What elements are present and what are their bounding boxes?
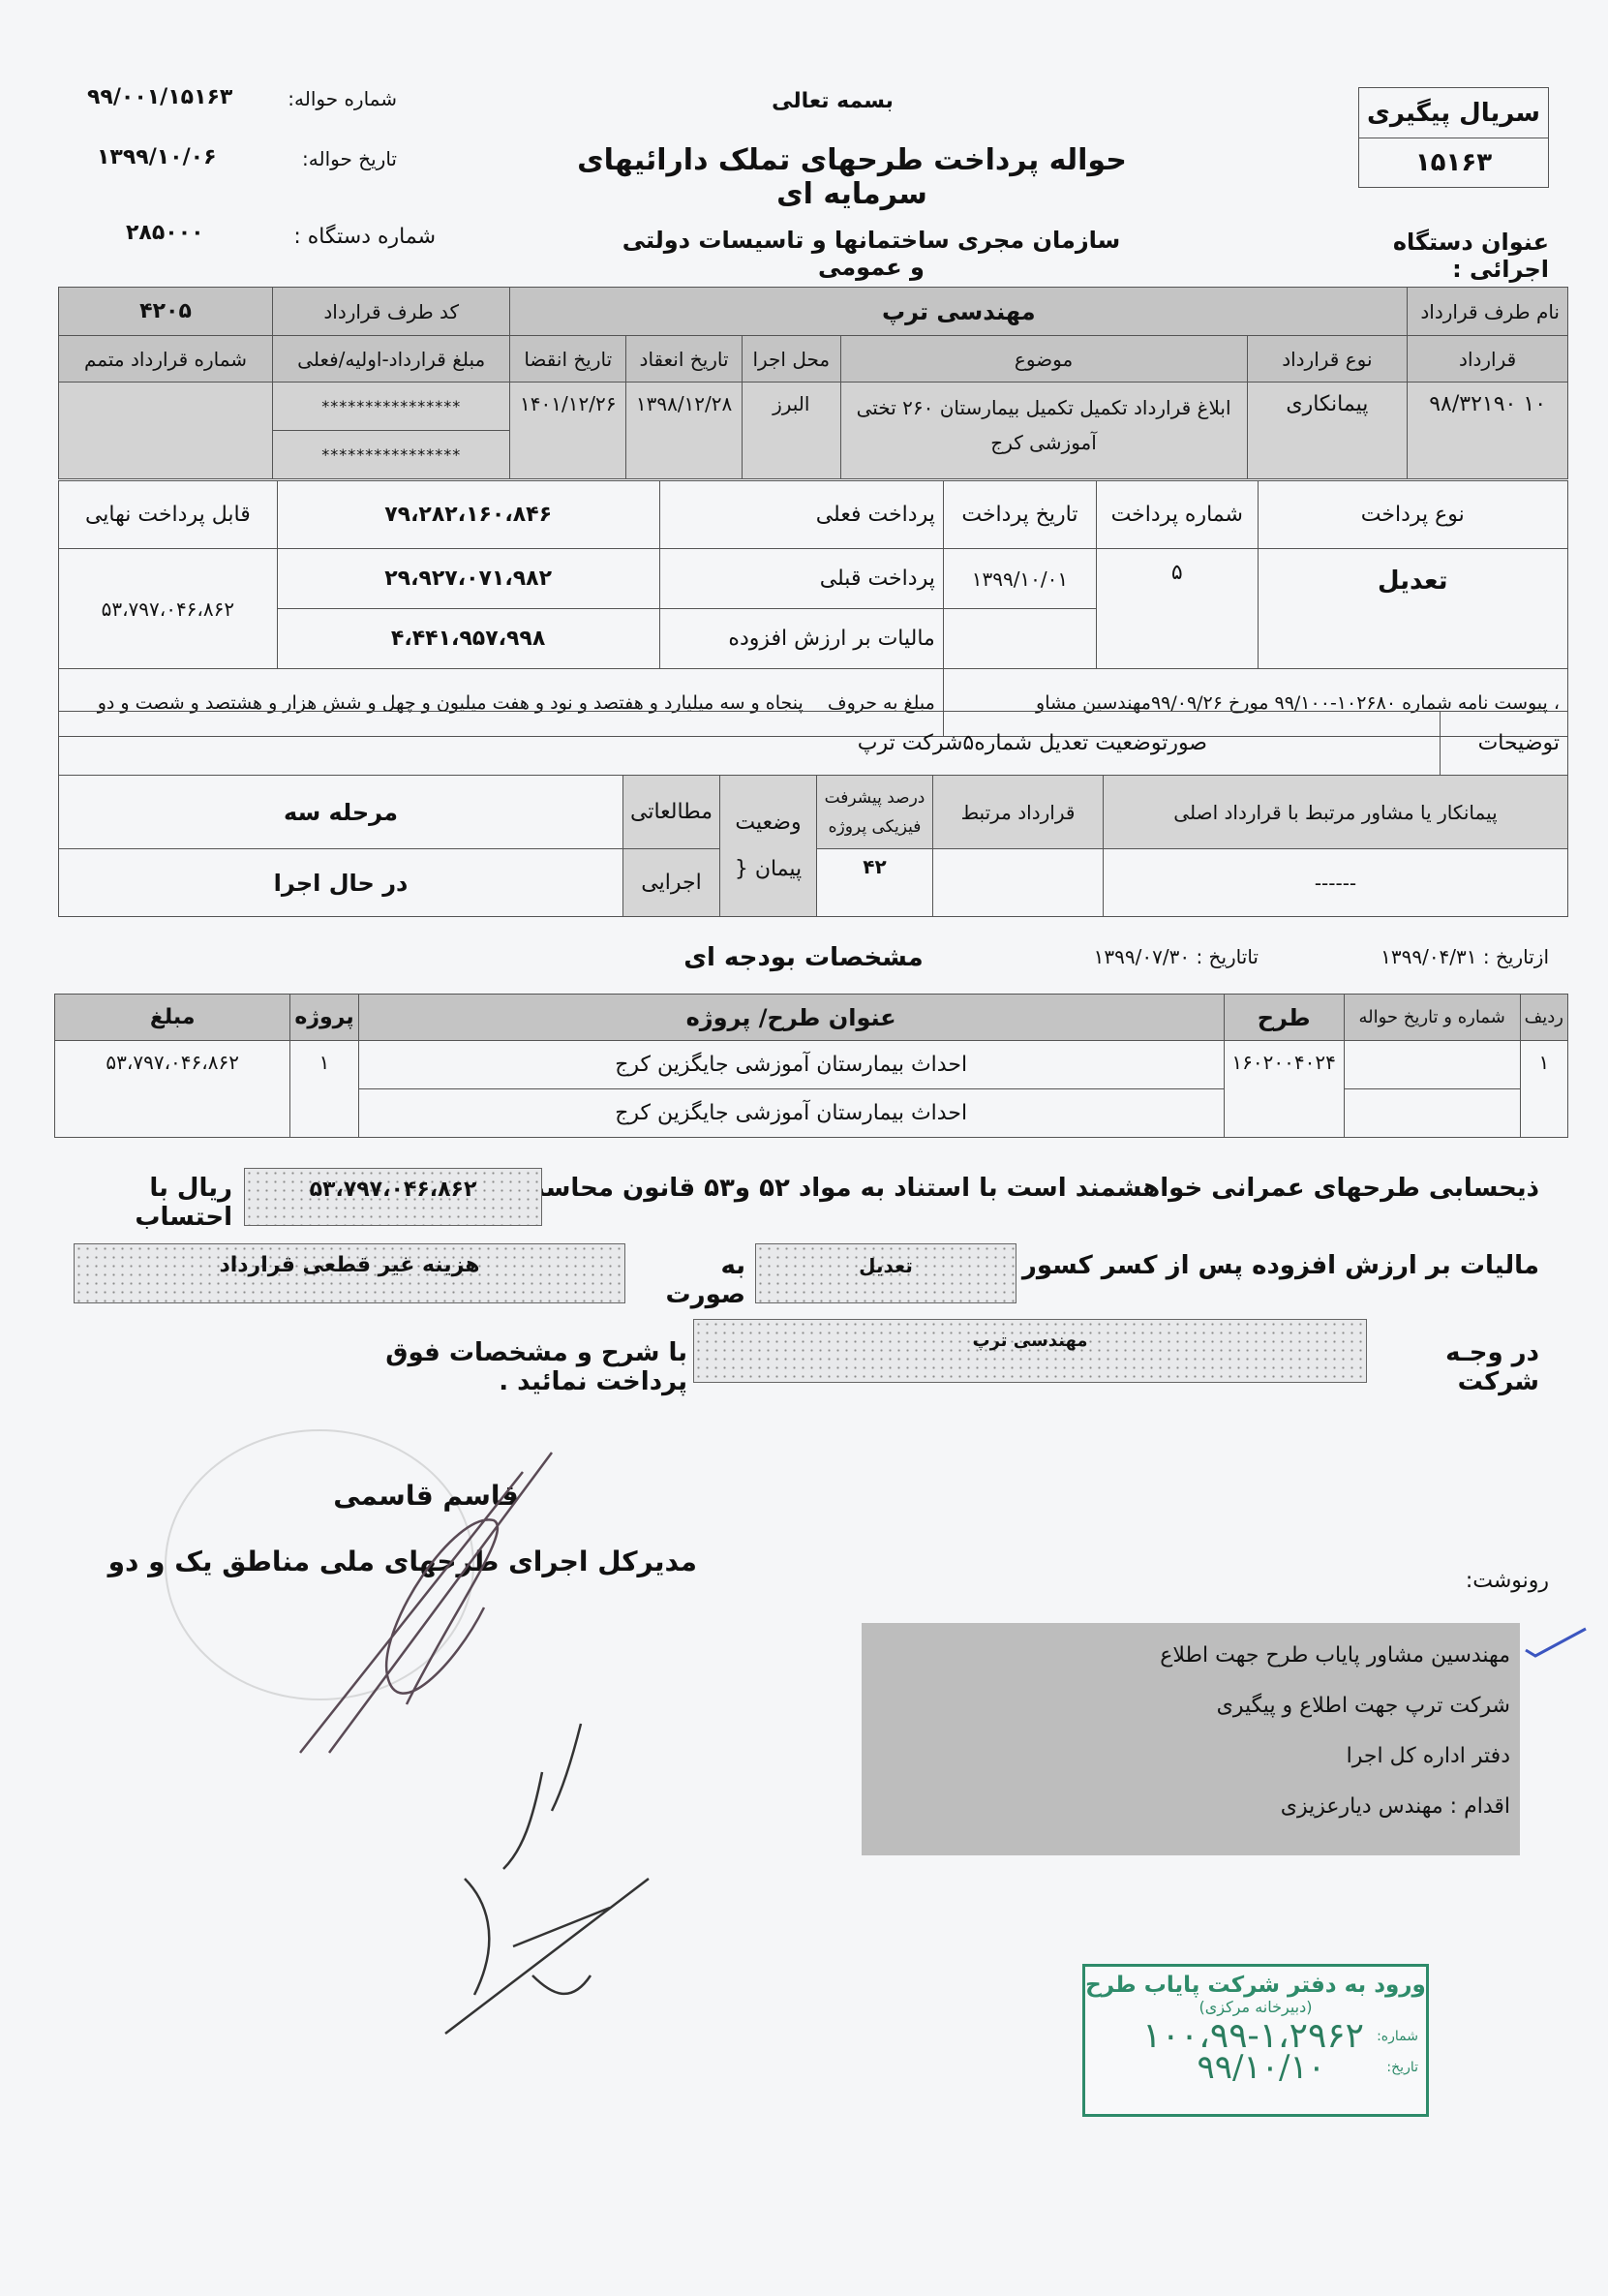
party-name-label: نام طرف قرارداد bbox=[1408, 288, 1568, 336]
payment-type-label: نوع پرداخت bbox=[1258, 481, 1568, 549]
notes-table: توضیحات صورتوضعیت تعدیل شماره۵شرکت ترپ bbox=[58, 711, 1568, 776]
execution-label: اجرایی bbox=[623, 849, 720, 917]
related-party-value: ------ bbox=[1104, 849, 1568, 917]
serial-box: سریال پیگیری ۱۵۱۶۳ bbox=[1358, 87, 1549, 188]
agency-label: عنوان دستگاه اجرائی : bbox=[1336, 229, 1549, 283]
order-date-value: ۱۳۹۹/۱۰/۰۶ bbox=[97, 145, 252, 169]
budget-table: ردیف شماره و تاریخ حواله طرح عنوان طرح/ … bbox=[54, 994, 1568, 1138]
instruction-line3: در وجـه شرکت bbox=[1375, 1338, 1539, 1396]
budget-row-title-2: احداث بیمارستان آموزشی جایگزین کرج bbox=[358, 1089, 1224, 1138]
contract-supplement-number bbox=[59, 383, 273, 479]
payment-date-value: ۱۳۹۹/۱۰/۰۱ bbox=[943, 549, 1096, 609]
agency-number-label: شماره دستگاه : bbox=[271, 225, 436, 249]
budget-title: مشخصات بودجه ای bbox=[639, 943, 968, 972]
cc-item: شرکت ترپ جهت اطلاع و پیگیری bbox=[968, 1681, 1510, 1731]
budget-from-label: ازتاریخ : bbox=[1483, 945, 1549, 968]
budget-row-plan: ۱۶۰۲۰۰۴۰۲۴ bbox=[1224, 1041, 1344, 1138]
budget-col-title: عنوان طرح/ پروژه bbox=[358, 995, 1224, 1041]
budget-col-row: ردیف bbox=[1520, 995, 1567, 1041]
contract-subject: ابلاغ قرارداد تکمیل تکمیل بیمارستان ۲۶۰ … bbox=[840, 383, 1247, 479]
cc-item: اقدام : مهندس دیارعزیزی bbox=[968, 1782, 1510, 1832]
empty-cell bbox=[943, 609, 1096, 669]
party-code-value: ۴۲۰۵ bbox=[59, 288, 273, 336]
payment-order-document: سریال پیگیری ۱۵۱۶۳ بسمه تعالی حواله پردا… bbox=[0, 0, 1608, 2296]
progress-value: ۴۲ bbox=[817, 849, 933, 917]
stamp-date-value: ۹۹/۱۰/۱۰ bbox=[1198, 2048, 1364, 2087]
budget-from-value: ۱۳۹۹/۰۴/۳۱ bbox=[1380, 945, 1476, 968]
receipt-stamp: ورود به دفتر شرکت پایاب طرح (دبیرخانه مر… bbox=[1082, 1964, 1429, 2117]
budget-col-amount: مبلغ bbox=[55, 995, 290, 1041]
order-date-label: تاریخ حواله: bbox=[281, 147, 397, 170]
stamp-number-label: شماره: bbox=[1364, 2029, 1418, 2044]
related-party-label: پیمانکار یا مشاور مرتبط با قرارداد اصلی bbox=[1104, 776, 1568, 849]
serial-label: سریال پیگیری bbox=[1359, 88, 1548, 138]
stamp-subtitle: (دبیرخانه مرکزی) bbox=[1085, 1998, 1426, 2016]
budget-col-order: شماره و تاریخ حواله bbox=[1344, 995, 1520, 1041]
payment-final-value: ۵۳،۷۹۷،۰۴۶،۸۶۲ bbox=[59, 549, 278, 669]
col-contract: قرارداد bbox=[1408, 336, 1568, 383]
budget-row-title-1: احداث بیمارستان آموزشی جایگزین کرج bbox=[358, 1041, 1224, 1089]
related-contract-value bbox=[933, 849, 1104, 917]
col-location: محل اجرا bbox=[742, 336, 840, 383]
payment-vat-label: مالیات بر ارزش افزوده bbox=[659, 609, 943, 669]
payment-current-value: ۷۹،۲۸۲،۱۶۰،۸۴۶ bbox=[277, 481, 659, 549]
col-expiry-date: تاریخ انقضا bbox=[510, 336, 626, 383]
notes-label: توضیحات bbox=[1441, 712, 1568, 776]
payment-previous-label: پرداخت قبلی bbox=[659, 549, 943, 609]
budget-col-project: پروژه bbox=[290, 995, 358, 1041]
status-table: پیمانکار یا مشاور مرتبط با قرارداد اصلی … bbox=[58, 775, 1568, 917]
instruction-as-label: به صورت bbox=[639, 1251, 745, 1309]
payment-number-label: شماره پرداخت bbox=[1097, 481, 1258, 549]
instruction-line1-suffix: ریال با احتساب bbox=[68, 1174, 232, 1232]
budget-from: ازتاریخ : ۱۳۹۹/۰۴/۳۱ bbox=[1259, 945, 1549, 968]
budget-to-value: ۱۳۹۹/۰۷/۳۰ bbox=[1094, 945, 1190, 968]
budget-to-label: تاتاریخ : bbox=[1196, 945, 1259, 968]
party-code-label: کد طرف قرارداد bbox=[273, 288, 510, 336]
instruction-line3-suffix: با شرح و مشخصات فوق پرداخت نمائید . bbox=[300, 1338, 687, 1396]
budget-row-no: ۱ bbox=[1520, 1041, 1567, 1138]
contract-number: ۱۰ ۹۸/۳۲۱۹۰ bbox=[1408, 383, 1568, 479]
payment-number-value: ۵ bbox=[1097, 549, 1258, 669]
bismillah: بسمه تعالی bbox=[755, 89, 910, 113]
contract-location: البرز bbox=[742, 383, 840, 479]
handwritten-note bbox=[426, 1704, 697, 2053]
budget-col-plan: طرح bbox=[1224, 995, 1344, 1041]
budget-to: تاتاریخ : ۱۳۹۹/۰۷/۳۰ bbox=[968, 945, 1259, 968]
agency-value: سازمان مجری ساختمانها و تاسیسات دولتی و … bbox=[620, 227, 1123, 281]
instruction-type-field: هزینه غیر قطعی قرارداد bbox=[74, 1243, 625, 1303]
contract-expiry-date: ۱۴۰۱/۱۲/۲۶ bbox=[510, 383, 626, 479]
payment-vat-value: ۴،۴۴۱،۹۵۷،۹۹۸ bbox=[277, 609, 659, 669]
instruction-amount-field: ۵۳،۷۹۷،۰۴۶،۸۶۲ bbox=[244, 1168, 542, 1226]
cc-item: دفتر اداره کل اجرا bbox=[968, 1731, 1510, 1782]
related-contract-label: قرارداد مرتبط bbox=[933, 776, 1104, 849]
col-sign-date: تاریخ انعقاد bbox=[626, 336, 743, 383]
payment-current-label: پرداخت فعلی bbox=[659, 481, 943, 549]
col-type: نوع قرارداد bbox=[1247, 336, 1408, 383]
cc-item: مهندسین مشاور پایاب طرح جهت اطلاع bbox=[968, 1631, 1510, 1681]
study-label: مطالعاتی bbox=[623, 776, 720, 849]
col-supplement: شماره قرارداد متمم bbox=[59, 336, 273, 383]
progress-label: درصد پیشرفت فیزیکی پروژه bbox=[817, 776, 933, 849]
cc-list: مهندسین مشاور پایاب طرح جهت اطلاع شرکت ت… bbox=[968, 1631, 1510, 1832]
stamp-date-label: تاریخ: bbox=[1364, 2060, 1418, 2075]
checkmark-icon bbox=[1522, 1623, 1590, 1662]
contract-table: نام طرف قرارداد مهندسی ترپ کد طرف قراردا… bbox=[58, 287, 1568, 479]
budget-row-order bbox=[1344, 1041, 1520, 1089]
instruction-reason-field: تعدیل bbox=[755, 1243, 1016, 1303]
budget-row: ۱ ۱۶۰۲۰۰۴۰۲۴ احداث بیمارستان آموزشی جایگ… bbox=[55, 1041, 1568, 1089]
instruction-line2: مالیات بر ارزش افزوده پس از کسر کسور قان… bbox=[1036, 1251, 1539, 1280]
contract-amount-initial: **************** bbox=[273, 383, 510, 431]
payment-previous-value: ۲۹،۹۲۷،۰۷۱،۹۸۲ bbox=[277, 549, 659, 609]
col-amount: مبلغ قرارداد-اولیه/فعلی bbox=[273, 336, 510, 383]
stamp-title: ورود به دفتر شرکت پایاب طرح bbox=[1085, 1973, 1426, 1998]
order-number-value: ۹۹/۰۰۱/۱۵۱۶۳ bbox=[87, 85, 252, 109]
payment-type-value: تعدیل bbox=[1258, 549, 1568, 669]
document-title: حواله پرداخت طرحهای تملک دارائیهای سرمای… bbox=[542, 143, 1162, 211]
budget-row-project: ۱ bbox=[290, 1041, 358, 1138]
order-number-label: شماره حواله: bbox=[281, 87, 397, 110]
study-value: مرحله سه bbox=[59, 776, 623, 849]
payment-date-label: تاریخ پرداخت bbox=[943, 481, 1096, 549]
contract-amount-current: **************** bbox=[273, 431, 510, 479]
payment-final-label: قابل پرداخت نهایی bbox=[59, 481, 278, 549]
execution-value: در حال اجرا bbox=[59, 849, 623, 917]
cc-label: رونوشت: bbox=[1394, 1569, 1549, 1593]
party-name-value: مهندسی ترپ bbox=[510, 288, 1408, 336]
instruction-line1: ذیحسابی طرحهای عمرانی خواهشمند است با اس… bbox=[561, 1174, 1539, 1203]
instruction-company-field: مهندسی ترپ bbox=[693, 1319, 1367, 1383]
col-subject: موضوع bbox=[840, 336, 1247, 383]
contract-status-label: وضعیت پیمان { bbox=[720, 776, 817, 917]
contract-type: پیمانکاری bbox=[1247, 383, 1408, 479]
empty-cell bbox=[1344, 1089, 1520, 1138]
stamp-date-row: تاریخ: ۹۹/۱۰/۱۰ bbox=[1085, 2048, 1426, 2087]
budget-row-amount: ۵۳،۷۹۷،۰۴۶،۸۶۲ bbox=[55, 1041, 290, 1138]
serial-value: ۱۵۱۶۳ bbox=[1359, 138, 1548, 187]
notes-value: صورتوضعیت تعدیل شماره۵شرکت ترپ bbox=[59, 712, 1441, 776]
agency-number-value: ۲۸۵۰۰۰ bbox=[126, 221, 232, 245]
contract-sign-date: ۱۳۹۸/۱۲/۲۸ bbox=[626, 383, 743, 479]
payment-table: نوع پرداخت شماره پرداخت تاریخ پرداخت پرد… bbox=[58, 480, 1568, 737]
